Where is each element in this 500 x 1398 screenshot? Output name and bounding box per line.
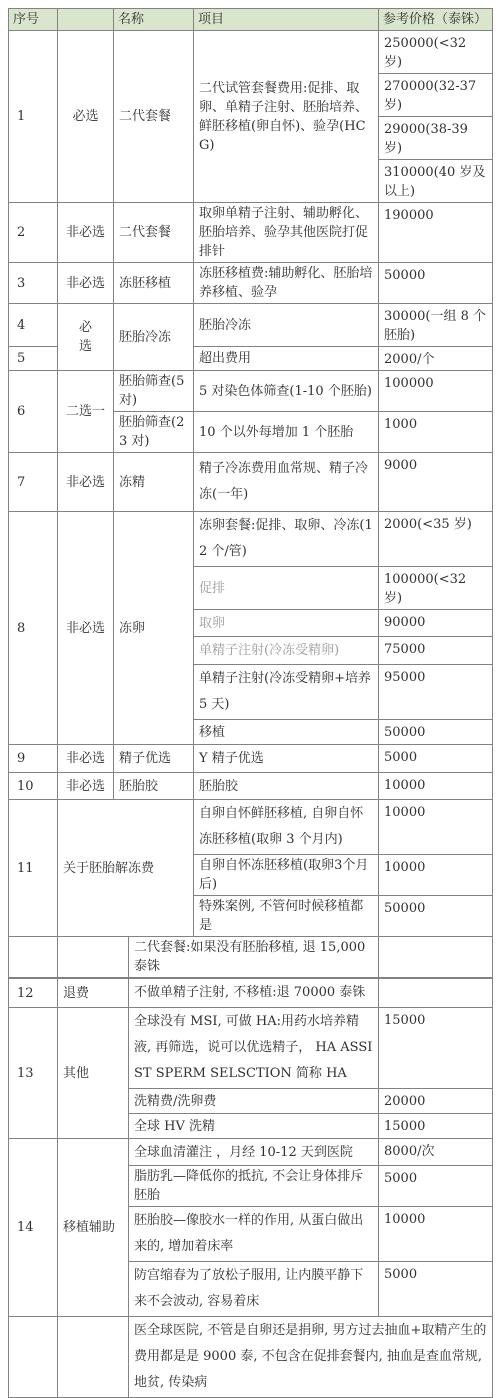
row8-select: 非必选 [58,512,114,745]
table-row: 9 非必选 精子优选 Y 精子优选 5000 [9,745,493,773]
row8-price-1: 100000(<32 岁) [379,567,493,610]
row8-item-2: 取卵 [194,610,379,637]
row11-item-1: 自卵自怀冻胚移植(取卵3个月后) [194,855,379,896]
table-row: 二代套餐:如果没有胚胎移植, 退 15,000 泰铢 [9,937,493,979]
row14-item-0: 全球血清灌注 ，月经 10-12 天到医院 [129,1139,379,1166]
row1-price-0: 250000(<32 岁) [379,31,493,74]
table-row: 11 关于胚胎解冻费 自卵自怀鲜胚移植, 自卵自怀冻胚移植(取卵 3 个月内) … [9,800,493,855]
col-header-item: 项目 [194,9,379,31]
row14-item-2: 胚胎胶—像胶水一样的作用, 从蛋白做出来的, 增加着床率 [129,1207,379,1262]
price-table: 序号 名称 项目 参考价格（泰铢） 1 必选 二代套餐 二代试管套餐费用:促排、… [8,8,493,1398]
table-row: 14 移植辅助 全球血清灌注 ，月经 10-12 天到医院 8000/次 [9,1139,493,1166]
row9-name: 精子优选 [114,745,194,773]
footer-note-select [58,1317,129,1398]
row12-item: 不做单精子注射, 不移植:退 70000 泰铢 [129,978,379,1008]
table-row: 13 其他 全球没有 MSI, 可做 HA:用药水培养精液, 再筛选，说可以优选… [9,1008,493,1089]
row8-price-4: 95000 [379,665,493,720]
col-header-price: 参考价格（泰铢） [379,9,493,31]
row6-name-0: 胚胎筛查(5 对) [114,371,194,412]
footer-note-no [9,1317,58,1398]
row9-price: 5000 [379,745,493,773]
row11-item-2: 特殊案例, 不管何时候移植都是 [194,896,379,937]
row11-price-1: 10000 [379,855,493,896]
row14-price-2: 10000 [379,1207,493,1262]
row7-no: 7 [9,453,58,512]
row14-price-0: 8000/次 [379,1139,493,1166]
row8-item-1: 促排 [194,567,379,610]
row6-price-0: 100000 [379,371,493,412]
row2-name: 二代套餐 [114,203,194,263]
row8-item-5: 移植 [194,720,379,745]
row8-no: 8 [9,512,58,745]
row10-name: 胚胎胶 [114,773,194,800]
row8-item-0: 冻卵套餐:促排、取卵、冷冻(12 个/管) [194,512,379,567]
row6-price-1: 1000 [379,412,493,453]
row9-select: 非必选 [58,745,114,773]
row11-price-0: 10000 [379,800,493,855]
table-row: 4 必选 胚胎冷冻 胚胎冷冻 30000(一组 8 个胚胎) [9,304,493,347]
row5-price: 2000/个 [379,347,493,371]
row1-item: 二代试管套餐费用:促排、取卵、单精子注射、胚胎培养、鲜胚移植(卵自怀)、验孕(H… [194,31,379,203]
row7-price: 9000 [379,453,493,512]
row11-item-0: 自卵自怀鲜胚移植, 自卵自怀冻胚移植(取卵 3 个月内) [194,800,379,855]
row14-no: 14 [9,1139,58,1317]
row4-select: 必选 [58,304,114,371]
row8-price-2: 90000 [379,610,493,637]
row8-item-4: 单精子注射(冷冻受精卵+培养 5 天) [194,665,379,720]
row3-item: 冻胚移植费:辅助孵化、胚胎培养移植、验孕 [194,263,379,304]
row4-select-label: 必选 [78,318,93,356]
row13-label: 其他 [58,1008,129,1139]
row1-name: 二代套餐 [114,31,194,203]
row13-item-1: 洗精费/洗卵费 [129,1089,379,1114]
table-row: 1 必选 二代套餐 二代试管套餐费用:促排、取卵、单精子注射、胚胎培养、鲜胚移植… [9,31,493,74]
row1-no: 1 [9,31,58,203]
header-row: 序号 名称 项目 参考价格（泰铢） [9,9,493,31]
table-row: 7 非必选 冻精 精子冷冻费用血常规、精子冷冻(一年) 9000 [9,453,493,512]
row11-no: 11 [9,800,58,937]
refund-note-item: 二代套餐:如果没有胚胎移植, 退 15,000 泰铢 [129,937,379,979]
row13-no: 13 [9,1008,58,1139]
row10-price: 10000 [379,773,493,800]
row4-price: 30000(一组 8 个胚胎) [379,304,493,347]
footer-note-item: 医全球医院, 不管是自卵还是捐卵, 男方过去抽血+取精产生的费用都是是 9000… [129,1317,493,1398]
row7-item: 精子冷冻费用血常规、精子冷冻(一年) [194,453,379,512]
col-header-no: 序号 [9,9,58,31]
row6-item-1: 10 个以外每增加 1 个胚胎 [194,412,379,453]
row14-price-3: 5000 [379,1262,493,1317]
row3-select: 非必选 [58,263,114,304]
row7-name: 冻精 [114,453,194,512]
table-row: 3 非必选 冻胚移植 冻胚移植费:辅助孵化、胚胎培养移植、验孕 50000 [9,263,493,304]
row8-item-3: 单精子注射(冷冻受精卵) [194,637,379,665]
table-row: 2 非必选 二代套餐 取卵单精子注射、辅助孵化、胚胎培养、验孕其他医院打促排针 … [9,203,493,263]
row6-name-1: 胚胎筛查(23 对) [114,412,194,453]
row11-label: 关于胚胎解冻费 [58,800,194,937]
row1-select: 必选 [58,31,114,203]
table-row: 8 非必选 冻卵 冻卵套餐:促排、取卵、冷冻(12 个/管) 2000(<35 … [9,512,493,567]
row14-item-3: 防宫缩春为了放松子服用, 让内膜平静下来不会波动, 容易着床 [129,1262,379,1317]
row10-no: 10 [9,773,58,800]
table-row: 12 退费 不做单精子注射, 不移植:退 70000 泰铢 [9,978,493,1008]
row4-name: 胚胎冷冻 [114,304,194,371]
table-row: 6 二选一 胚胎筛查(5 对) 5 对染色体筛查(1-10 个胚胎) 10000… [9,371,493,412]
row9-no: 9 [9,745,58,773]
col-header-name: 名称 [114,9,194,31]
table-row: 10 非必选 胚胎胶 胚胎胶 10000 [9,773,493,800]
row5-no: 5 [9,347,58,371]
refund-note-select [58,937,129,979]
row2-item: 取卵单精子注射、辅助孵化、胚胎培养、验孕其他医院打促排针 [194,203,379,263]
row2-select: 非必选 [58,203,114,263]
col-header-select [58,9,114,31]
row3-price: 50000 [379,263,493,304]
row4-no: 4 [9,304,58,347]
row8-name: 冻卵 [114,512,194,745]
refund-note-price [379,937,493,979]
row3-no: 3 [9,263,58,304]
row8-price-0: 2000(<35 岁) [379,512,493,567]
row6-select: 二选一 [58,371,114,453]
refund-note-no [9,937,58,979]
row1-price-3: 310000(40 岁及以上) [379,160,493,203]
row3-name: 冻胚移植 [114,263,194,304]
row7-select: 非必选 [58,453,114,512]
row6-item-0: 5 对染色体筛查(1-10 个胚胎) [194,371,379,412]
row12-price [379,978,493,1008]
row4-item: 胚胎冷冻 [194,304,379,347]
row1-price-1: 270000(32-37 岁) [379,74,493,117]
row14-label: 移植辅助 [58,1139,129,1317]
row14-price-1: 5000 [379,1166,493,1207]
row12-label: 退费 [58,978,129,1008]
row1-price-2: 29000(38-39 岁) [379,117,493,160]
row8-price-5: 50000 [379,720,493,745]
row2-price: 190000 [379,203,493,263]
table-row: 医全球医院, 不管是自卵还是捐卵, 男方过去抽血+取精产生的费用都是是 9000… [9,1317,493,1398]
row13-price-2: 15000 [379,1114,493,1139]
row13-price-0: 15000 [379,1008,493,1089]
row5-item: 超出费用 [194,347,379,371]
row14-item-1: 脂肪乳—降低你的抵抗, 不会让身体排斥胚胎 [129,1166,379,1207]
row6-no: 6 [9,371,58,453]
row11-price-2: 50000 [379,896,493,937]
row13-price-1: 20000 [379,1089,493,1114]
row2-no: 2 [9,203,58,263]
row12-no: 12 [9,978,58,1008]
row13-item-2: 全球 HV 洗精 [129,1114,379,1139]
row9-item: Y 精子优选 [194,745,379,773]
row10-item: 胚胎胶 [194,773,379,800]
row8-price-3: 75000 [379,637,493,665]
row13-item-0: 全球没有 MSI, 可做 HA:用药水培养精液, 再筛选，说可以优选精子， HA… [129,1008,379,1089]
row10-select: 非必选 [58,773,114,800]
